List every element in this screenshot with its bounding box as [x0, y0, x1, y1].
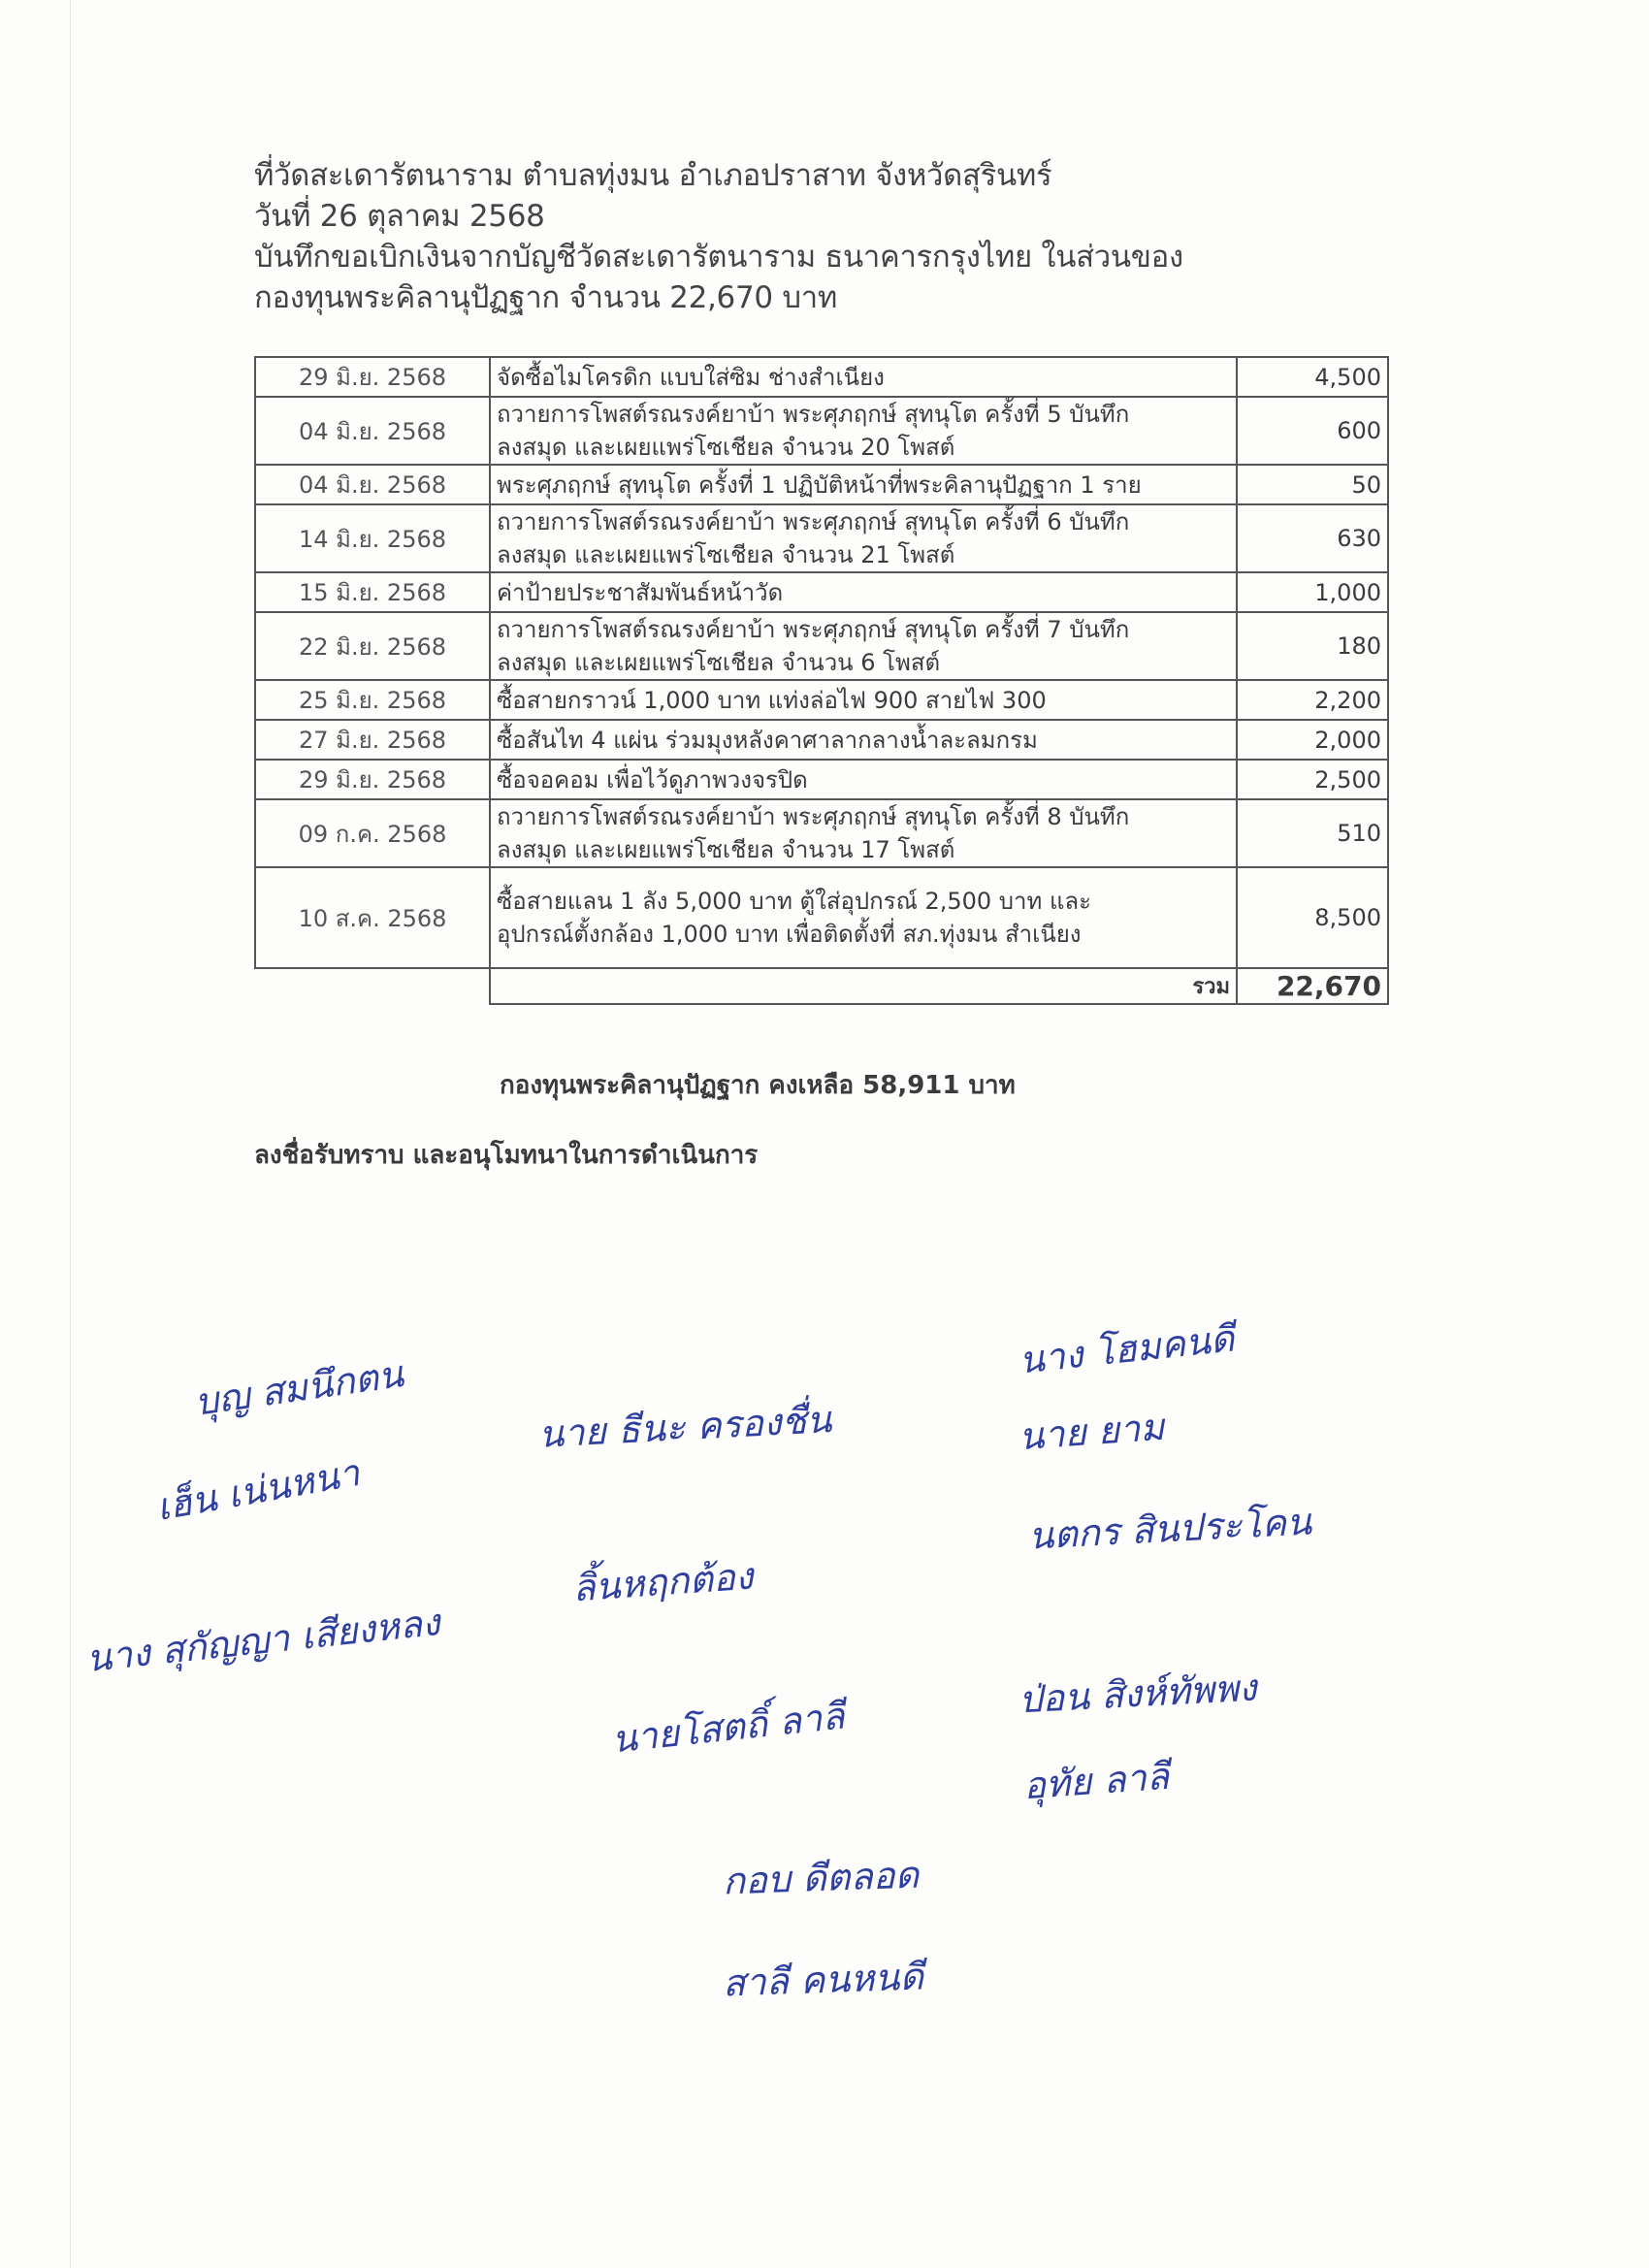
- row-description: ซื้อจอคอม เพื่อไว้ดูภาพวงจรปิด: [490, 760, 1237, 799]
- table-row: 15 มิ.ย. 2568ค่าป้ายประชาสัมพันธ์หน้าวัด…: [255, 572, 1388, 612]
- fund-balance: กองทุนพระคิลานุปัฏฐาก คงเหลือ 58,911 บาท: [500, 1065, 1016, 1105]
- row-amount: 2,200: [1237, 680, 1388, 720]
- description-line: ถวายการโพสต์รณรงค์ยาบ้า พระศุภฤกษ์ สุทนุ…: [497, 800, 1230, 833]
- row-description: ซื้อสายกราวน์ 1,000 บาท แท่งล่อไฟ 900 สา…: [490, 680, 1237, 720]
- expense-table: 29 มิ.ย. 2568จัดซื้อไมโครดิก แบบใส่ซิม ช…: [254, 356, 1389, 1005]
- row-amount: 4,500: [1237, 357, 1388, 397]
- handwritten-signature: นาย ยาม: [1017, 1397, 1166, 1466]
- description-line: ลงสมุด และเผยแพร่โซเชียล จำนวน 21 โพสต์: [497, 538, 1230, 571]
- description-line: ซื้อสายแลน 1 ลัง 5,000 บาท ตู้ใส่อุปกรณ์…: [497, 885, 1230, 918]
- description-line: ถวายการโพสต์รณรงค์ยาบ้า พระศุภฤกษ์ สุทนุ…: [497, 613, 1230, 646]
- document-date: วันที่ 26 ตุลาคม 2568: [254, 196, 1418, 237]
- total-amount: 22,670: [1237, 968, 1388, 1004]
- row-description: ซื้อสันไท 4 แผ่น ร่วมมุงหลังคาศาลากลางน้…: [490, 720, 1237, 760]
- table-row: 22 มิ.ย. 2568ถวายการโพสต์รณรงค์ยาบ้า พระ…: [255, 612, 1388, 680]
- description-line: อุปกรณ์ตั้งกล้อง 1,000 บาท เพื่อติดตั้งท…: [497, 918, 1230, 951]
- row-description: ถวายการโพสต์รณรงค์ยาบ้า พระศุภฤกษ์ สุทนุ…: [490, 612, 1237, 680]
- row-description: พระศุภฤกษ์ สุทนุโต ครั้งที่ 1 ปฏิบัติหน้…: [490, 465, 1237, 504]
- description-line: ลงสมุด และเผยแพร่โซเชียล จำนวน 20 โพสต์: [497, 431, 1230, 464]
- row-amount: 630: [1237, 504, 1388, 572]
- row-date: 14 มิ.ย. 2568: [255, 504, 490, 572]
- table-row: 29 มิ.ย. 2568จัดซื้อไมโครดิก แบบใส่ซิม ช…: [255, 357, 1388, 397]
- row-amount: 1,000: [1237, 572, 1388, 612]
- temple-address: ที่วัดสะเดารัตนาราม ตำบลทุ่งมน อำเภอปราส…: [254, 155, 1418, 196]
- description-line: พระศุภฤกษ์ สุทนุโต ครั้งที่ 1 ปฏิบัติหน้…: [497, 469, 1230, 502]
- row-date: 29 มิ.ย. 2568: [255, 357, 490, 397]
- row-date: 15 มิ.ย. 2568: [255, 572, 490, 612]
- row-description: ถวายการโพสต์รณรงค์ยาบ้า พระศุภฤกษ์ สุทนุ…: [490, 799, 1237, 867]
- description-line: ค่าป้ายประชาสัมพันธ์หน้าวัด: [497, 576, 1230, 609]
- row-date: 04 มิ.ย. 2568: [255, 397, 490, 465]
- description-line: ซื้อสันไท 4 แผ่น ร่วมมุงหลังคาศาลากลางน้…: [497, 724, 1230, 757]
- row-amount: 2,000: [1237, 720, 1388, 760]
- handwritten-signature: กอบ ดีตลอด: [722, 1844, 920, 1910]
- row-date: 22 มิ.ย. 2568: [255, 612, 490, 680]
- document-header: ที่วัดสะเดารัตนาราม ตำบลทุ่งมน อำเภอปราส…: [254, 155, 1418, 318]
- row-date: 27 มิ.ย. 2568: [255, 720, 490, 760]
- page-edge: [70, 0, 71, 2268]
- row-amount: 180: [1237, 612, 1388, 680]
- table-row: 04 มิ.ย. 2568ถวายการโพสต์รณรงค์ยาบ้า พระ…: [255, 397, 1388, 465]
- description-line: ลงสมุด และเผยแพร่โซเชียล จำนวน 6 โพสต์: [497, 646, 1230, 679]
- table-row: 29 มิ.ย. 2568ซื้อจอคอม เพื่อไว้ดูภาพวงจร…: [255, 760, 1388, 799]
- row-amount: 8,500: [1237, 867, 1388, 968]
- description-line: ซื้อจอคอม เพื่อไว้ดูภาพวงจรปิด: [497, 763, 1230, 796]
- handwritten-signature: นาง โฮมคนดี: [1016, 1309, 1237, 1390]
- description-line: ถวายการโพสต์รณรงค์ยาบ้า พระศุภฤกษ์ สุทนุ…: [497, 398, 1230, 431]
- table-row: 10 ส.ค. 2568ซื้อสายแลน 1 ลัง 5,000 บาท ต…: [255, 867, 1388, 968]
- description-line: ลงสมุด และเผยแพร่โซเชียล จำนวน 17 โพสต์: [497, 833, 1230, 866]
- handwritten-signature: บุญ สมนึกตน: [191, 1344, 407, 1432]
- description-line: จัดซื้อไมโครดิก แบบใส่ซิม ช่างสำเนียง: [497, 361, 1230, 394]
- row-date: 09 ก.ค. 2568: [255, 799, 490, 867]
- table-row: 27 มิ.ย. 2568ซื้อสันไท 4 แผ่น ร่วมมุงหลั…: [255, 720, 1388, 760]
- handwritten-signature: อุทัย ลาลี: [1021, 1746, 1171, 1815]
- fund-amount: กองทุนพระคิลานุปัฏฐาก จำนวน 22,670 บาท: [254, 277, 1418, 318]
- description-line: ถวายการโพสต์รณรงค์ยาบ้า พระศุภฤกษ์ สุทนุ…: [497, 505, 1230, 538]
- row-amount: 2,500: [1237, 760, 1388, 799]
- handwritten-signature: เฮ็น เน่นหนา: [151, 1442, 364, 1537]
- table-row: 14 มิ.ย. 2568ถวายการโพสต์รณรงค์ยาบ้า พระ…: [255, 504, 1388, 572]
- description-line: ซื้อสายกราวน์ 1,000 บาท แท่งล่อไฟ 900 สา…: [497, 684, 1230, 717]
- row-description: ซื้อสายแลน 1 ลัง 5,000 บาท ตู้ใส่อุปกรณ์…: [490, 867, 1237, 968]
- handwritten-signature: นาง สุกัญญา เสียงหลง: [83, 1592, 443, 1688]
- row-amount: 600: [1237, 397, 1388, 465]
- total-row: รวม22,670: [255, 968, 1388, 1004]
- table-row: 09 ก.ค. 2568ถวายการโพสต์รณรงค์ยาบ้า พระศ…: [255, 799, 1388, 867]
- row-amount: 50: [1237, 465, 1388, 504]
- table-row: 25 มิ.ย. 2568ซื้อสายกราวน์ 1,000 บาท แท่…: [255, 680, 1388, 720]
- row-date: 29 มิ.ย. 2568: [255, 760, 490, 799]
- row-description: ถวายการโพสต์รณรงค์ยาบ้า พระศุภฤกษ์ สุทนุ…: [490, 397, 1237, 465]
- row-description: จัดซื้อไมโครดิก แบบใส่ซิม ช่างสำเนียง: [490, 357, 1237, 397]
- blank-cell: [255, 968, 490, 1004]
- withdrawal-note: บันทึกขอเบิกเงินจากบัญชีวัดสะเดารัตนาราม…: [254, 237, 1418, 277]
- handwritten-signature: สาลี คนหนดี: [722, 1946, 924, 2012]
- row-date: 25 มิ.ย. 2568: [255, 680, 490, 720]
- row-description: ถวายการโพสต์รณรงค์ยาบ้า พระศุภฤกษ์ สุทนุ…: [490, 504, 1237, 572]
- row-date: 04 มิ.ย. 2568: [255, 465, 490, 504]
- row-amount: 510: [1237, 799, 1388, 867]
- row-date: 10 ส.ค. 2568: [255, 867, 490, 968]
- row-description: ค่าป้ายประชาสัมพันธ์หน้าวัด: [490, 572, 1237, 612]
- handwritten-signature: ลิ้นหฤกต้อง: [570, 1546, 755, 1618]
- handwritten-signature: ป่อน สิงห์ทัพพง: [1018, 1658, 1258, 1730]
- table-row: 04 มิ.ย. 2568พระศุภฤกษ์ สุทนุโต ครั้งที่…: [255, 465, 1388, 504]
- handwritten-signature: นายโสตถิ์ ลาลี: [608, 1686, 847, 1769]
- handwritten-signature: นตกร สินประโคน: [1027, 1491, 1313, 1565]
- handwritten-signature: นาย ธีนะ ครองชื่น: [537, 1389, 833, 1464]
- acknowledgement-line: ลงชื่อรับทราบ และอนุโมทนาในการดำเนินการ: [254, 1135, 758, 1175]
- total-label: รวม: [490, 968, 1237, 1004]
